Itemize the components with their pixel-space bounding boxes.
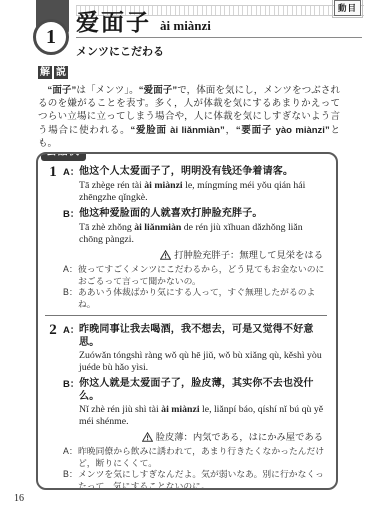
speaker-label: B： xyxy=(63,377,79,403)
translation-line-b: B： メンツを気にしすぎなんだよ。気が弱いなあ。別に行かなくったって，気にするこ… xyxy=(63,469,329,490)
speaker-label: A： xyxy=(63,165,79,179)
dialogue-examples-label: 会話例 xyxy=(41,152,86,161)
speaker-label: B： xyxy=(63,207,79,221)
japanese-translation: A： 彼ってすごくメンツにこだわるから，どう見てもお金ないのにおごるって言って聞… xyxy=(63,264,329,310)
pinyin-line: Tā zhè zhǒng ài liǎnmiàn de rén jiù xǐhu… xyxy=(63,222,329,246)
page-number: 16 xyxy=(14,493,24,504)
vocabulary-note-text: 打肿脸充胖子：無理して見栄をはる xyxy=(174,249,323,261)
translation-line-a: A： 彼ってすごくメンツにこだわるから，どう見てもお金ないのにおごるって言って聞… xyxy=(63,264,329,287)
headword-chinese: 爱面子 xyxy=(76,11,151,34)
dialogue-2-line-b: B： 你这人就是太爱面子了，脸皮薄，其实你不去也没什么。 xyxy=(63,377,329,403)
pinyin-line: Nǐ zhè rén jiù shì tài ài miànzi le, liǎ… xyxy=(63,404,329,428)
chinese-sentence: 他这种爱脸面的人就喜欢打肿脸充胖子。 xyxy=(79,207,329,221)
lesson-number: 1 xyxy=(46,26,56,49)
translation-line-a: A： 昨晩同僚から飲みに誘われて，あまり行きたくなかったんだけど，断りにくくて。 xyxy=(63,446,329,469)
headword-japanese-gloss: メンツにこだわる xyxy=(76,43,362,59)
vocabulary-note-text: 脸皮薄：内気である，はにかみ屋である xyxy=(156,431,323,443)
speaker-label: B： xyxy=(63,469,78,490)
explanation-body: “面子”は「メンツ」。“爱面子”で，体面を気にし，メンツをつぶされるのを嫌がるこ… xyxy=(38,84,340,150)
speaker-label: A： xyxy=(63,323,79,349)
dialogue-divider xyxy=(45,315,327,316)
explanation-label-char-1: 解 xyxy=(38,66,52,79)
explanation-label: 解説 xyxy=(38,62,340,80)
pinyin-line: Zuówǎn tóngshì ràng wǒ qù hē jiǔ, wǒ bù … xyxy=(63,350,329,374)
vocabulary-note: 脸皮薄：内気である，はにかみ屋である xyxy=(63,431,323,443)
lesson-number-circle: 1 xyxy=(33,19,69,55)
dialogue-2-line-a: A： 昨晚同事让我去喝酒，我不想去，可是又觉得不好意思。 xyxy=(63,323,329,349)
dialogue-1-line-a: A： 他这个人太爱面子了，明明没有钱还争着请客。 xyxy=(63,165,329,179)
pinyin-line: Tā zhège rén tài ài miànzi le, míngmíng … xyxy=(63,180,329,204)
japanese-translation: A： 昨晩同僚から飲みに誘われて，あまり行きたくなかったんだけど，断りにくくて。… xyxy=(63,446,329,490)
dialogue-2-number: 2 xyxy=(43,321,63,490)
dialogue-1: 1 A： 他这个人太爱面子了，明明没有钱还争着请客。 Tā zhège rén … xyxy=(43,163,329,310)
header: 爱面子 ài miànzi メンツにこだわる xyxy=(76,11,362,59)
dialogue-2: 2 A： 昨晚同事让我去喝酒，我不想去，可是又觉得不好意思。 Zuówǎn tó… xyxy=(43,321,329,490)
vocabulary-note: 打肿脸充胖子：無理して見栄をはる xyxy=(63,249,323,261)
translation-text: 昨晩同僚から飲みに誘われて，あまり行きたくなかったんだけど，断りにくくて。 xyxy=(78,446,329,469)
textbook-page: 動目 1 爱面子 ài miànzi メンツにこだわる 解説 “面子”は「メンツ… xyxy=(0,0,374,516)
speaker-label: B： xyxy=(63,287,78,310)
dialogue-examples-box: 会話例 1 A： 他这个人太爱面子了，明明没有钱还争着请客。 Tā zhège … xyxy=(36,152,338,490)
chinese-sentence: 昨晚同事让我去喝酒，我不想去，可是又觉得不好意思。 xyxy=(79,323,329,349)
dialogue-1-number: 1 xyxy=(43,163,63,310)
title-row: 爱面子 ài miànzi xyxy=(76,11,362,38)
translation-text: ああいう体裁ばかり気にする人って，すぐ無理したがるのよね。 xyxy=(78,287,329,310)
warning-triangle-icon xyxy=(142,432,153,442)
translation-line-b: B： ああいう体裁ばかり気にする人って，すぐ無理したがるのよね。 xyxy=(63,287,329,310)
warning-triangle-icon xyxy=(160,250,171,260)
translation-text: 彼ってすごくメンツにこだわるから，どう見てもお金ないのにおごるって言って聞かない… xyxy=(78,264,329,287)
explanation-section: 解説 “面子”は「メンツ」。“爱面子”で，体面を気にし，メンツをつぶされるのを嫌… xyxy=(38,62,340,150)
chinese-sentence: 他这个人太爱面子了，明明没有钱还争着请客。 xyxy=(79,165,329,179)
explanation-label-char-2: 説 xyxy=(54,66,68,79)
dialogue-1-line-b: B： 他这种爱脸面的人就喜欢打肿脸充胖子。 xyxy=(63,207,329,221)
speaker-label: A： xyxy=(63,264,78,287)
headword-pinyin: ài miànzi xyxy=(160,18,211,34)
part-of-speech-badge: 動目 xyxy=(334,0,361,16)
speaker-label: A： xyxy=(63,446,78,469)
chinese-sentence: 你这人就是太爱面子了，脸皮薄，其实你不去也没什么。 xyxy=(79,377,329,403)
translation-text: メンツを気にしすぎなんだよ。気が弱いなあ。別に行かなくったって，気にすることない… xyxy=(78,469,329,490)
